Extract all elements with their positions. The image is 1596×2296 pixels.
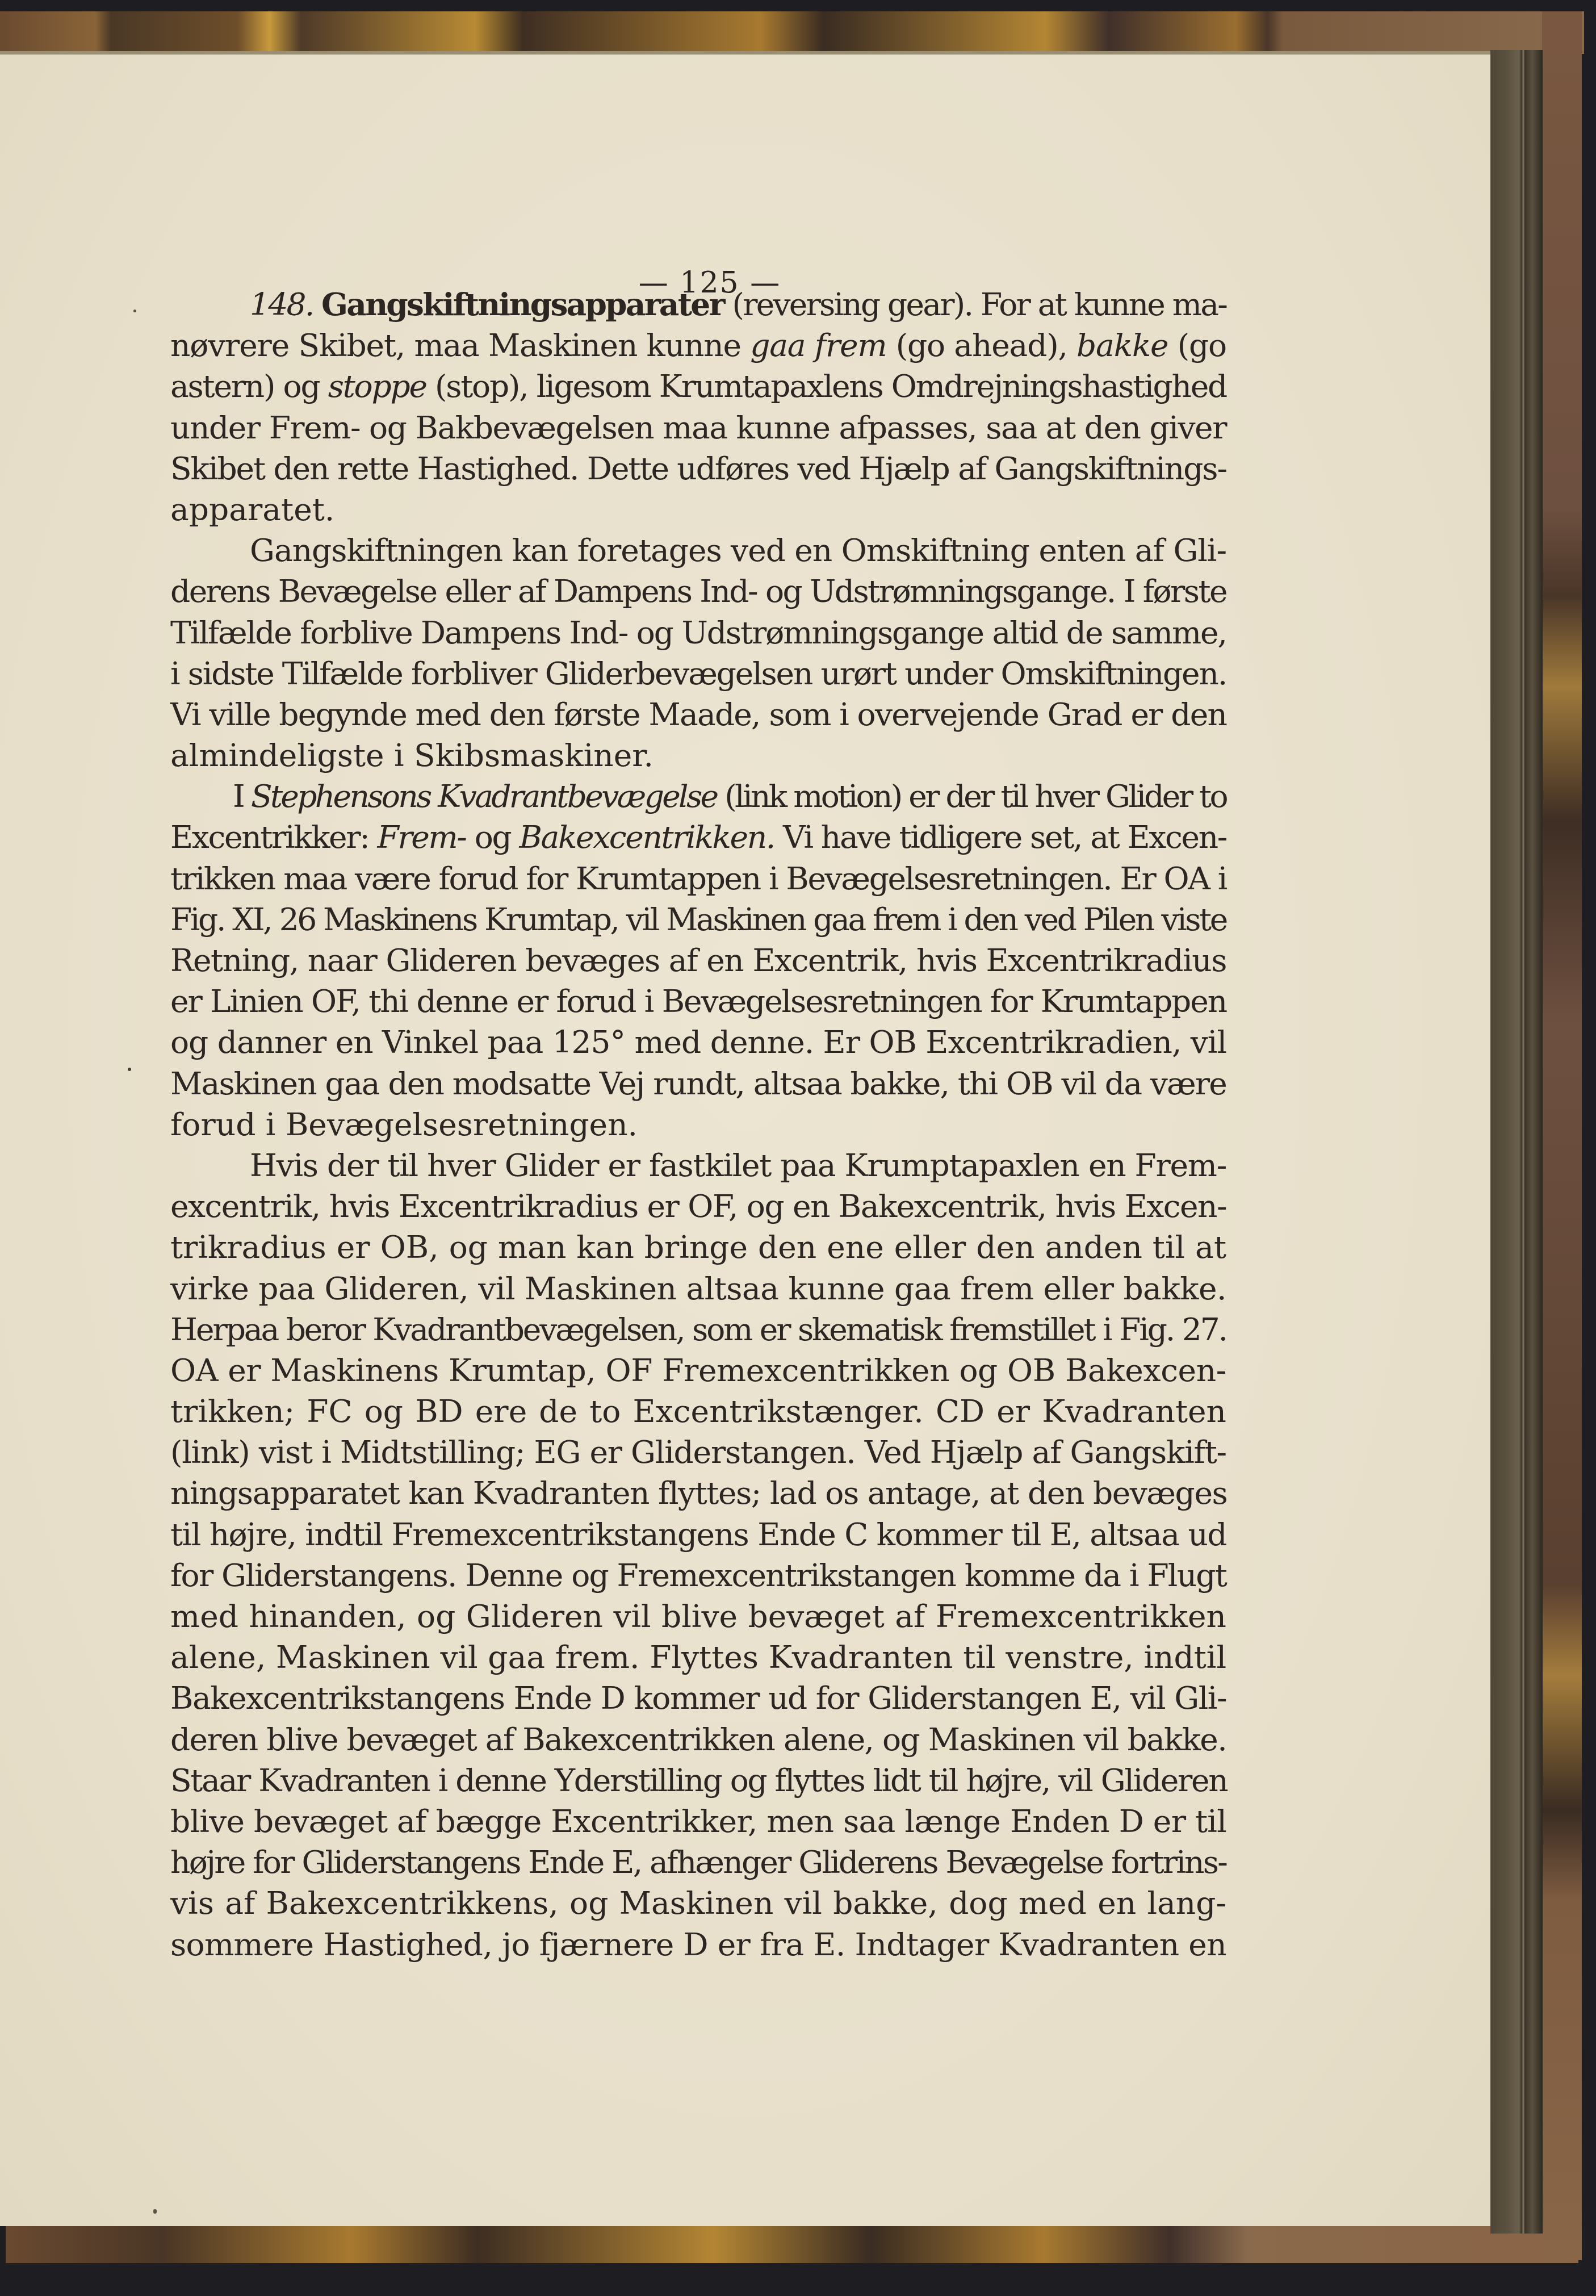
text-line: 148. Gangskiftningsapparater (reversing …	[170, 284, 1226, 325]
section-title: Gangskiftningsapparater	[321, 286, 724, 323]
text-line: Fig. XI, 26 Maskinens Krumtap, vil Maski…	[170, 899, 1226, 940]
text-line: excentrik, hvis Excentrikradius er OF, o…	[170, 1186, 1226, 1227]
text-line: højre for Gliderstangens Ende E, afhænge…	[170, 1842, 1226, 1883]
text-line: trikken; FC og BD ere de to Excentrikstæ…	[170, 1391, 1226, 1432]
text-span: For at kunne ma-	[981, 286, 1226, 323]
text-span: (go	[1168, 327, 1226, 363]
text-line: Herpaa beror Kvadrantbevægelsen, som er …	[170, 1309, 1226, 1350]
text-line: trikken maa være forud for Krumtappen i …	[170, 858, 1226, 899]
text-span: Vi have tidligere set, at Excen-	[774, 819, 1226, 855]
text-line: Retning, naar Glideren bevæges af en Exc…	[170, 940, 1226, 981]
book-cover-right-edge	[1542, 11, 1582, 2260]
paragraph-2: Gangskiftningen kan foretages ved en Oms…	[170, 530, 1226, 776]
text-line: Staar Kvadranten i denne Yderstilling og…	[170, 1760, 1226, 1801]
text-line: ningsapparatet kan Kvadranten flyttes; l…	[170, 1473, 1226, 1513]
text-line: forud i Bevægelsesretningen.	[170, 1104, 1226, 1145]
text-line: nøvrere Skibet, maa Maskinen kunne gaa f…	[170, 325, 1226, 366]
text-line: astern) og stoppe (stop), ligesom Krumta…	[170, 366, 1226, 407]
text-line: OA er Maskinens Krumtap, OF Fremexcentri…	[170, 1350, 1226, 1391]
text-line: I Stephensons Kvadrantbevægelse (link mo…	[170, 776, 1226, 817]
italic-term: gaa frem	[750, 327, 886, 363]
margin-speck	[133, 310, 136, 312]
text-line: i sidste Tilfælde forbliver Gliderbevæge…	[170, 653, 1226, 694]
text-span: (link motion) er der til hver Glider to	[717, 778, 1226, 814]
text-line: derens Bevægelse eller af Dampens Ind- o…	[170, 571, 1226, 612]
text-line: er Linien OF, thi denne er forud i Bevæg…	[170, 981, 1226, 1022]
text-line: virke paa Glideren, vil Maskinen altsaa …	[170, 1268, 1226, 1309]
text-line: sommere Hastighed, jo fjærnere D er fra …	[170, 1924, 1226, 1965]
book-cover-top-edge	[0, 11, 1584, 54]
text-line: og danner en Vinkel paa 125° med denne. …	[170, 1022, 1226, 1063]
page-stack-edges	[1490, 50, 1543, 2234]
margin-speck	[128, 1068, 131, 1071]
text-span: astern) og	[170, 368, 328, 404]
text-line: Skibet den rette Hastighed. Dette udføre…	[170, 448, 1226, 489]
paragraph-4: Hvis der til hver Glider er fastkilet pa…	[170, 1145, 1226, 1965]
text-span: (go ahead),	[886, 327, 1076, 363]
text-line: for Gliderstangens. Denne og Fremexcentr…	[170, 1555, 1226, 1596]
section-number: 148.	[250, 286, 313, 323]
text-line: Excentrikker: Frem- og Bakexcentrikken. …	[170, 817, 1226, 858]
italic-term: Stephensons Kvadrantbevægelse	[251, 778, 717, 814]
italic-term: bakke	[1076, 327, 1168, 363]
italic-term: stoppe	[328, 368, 426, 404]
paragraph-3: I Stephensons Kvadrantbevægelse (link mo…	[170, 776, 1226, 1145]
text-span: Excentrikker:	[170, 819, 378, 855]
body-text: 148. Gangskiftningsapparater (reversing …	[170, 284, 1226, 1965]
margin-speck	[153, 2209, 157, 2214]
paragraph-1: 148. Gangskiftningsapparater (reversing …	[170, 284, 1226, 530]
text-line: Maskinen gaa den modsatte Vej rundt, alt…	[170, 1063, 1226, 1104]
text-line: trikradius er OB, og man kan bringe den …	[170, 1227, 1226, 1268]
text-span: I	[233, 778, 251, 814]
book-cover-bottom-edge	[6, 2223, 1578, 2263]
text-line: under Frem- og Bakbevægelsen maa kunne a…	[170, 407, 1226, 448]
text-line: Gangskiftningen kan foretages ved en Oms…	[170, 530, 1226, 571]
text-line: vis af Bakexcentrikkens, og Maskinen vil…	[170, 1883, 1226, 1923]
text-line: Tilfælde forblive Dampens Ind- og Udstrø…	[170, 612, 1226, 653]
text-span: og	[466, 819, 520, 855]
text-line: Hvis der til hver Glider er fastkilet pa…	[170, 1145, 1226, 1186]
text-span: (stop), ligesom Krumtapaxlens Omdrejning…	[426, 368, 1226, 404]
italic-term: Frem-	[378, 819, 466, 855]
text-line: alene, Maskinen vil gaa frem. Flyttes Kv…	[170, 1637, 1226, 1678]
text-line: til højre, indtil Fremexcentrikstangens …	[170, 1514, 1226, 1555]
text-line: apparatet.	[170, 489, 1226, 530]
text-span: nøvrere Skibet, maa Maskinen kunne	[170, 327, 750, 363]
section-subtitle: (reversing gear).	[732, 286, 972, 323]
text-line: (link) vist i Midtstilling; EG er Glider…	[170, 1432, 1226, 1473]
italic-term: Bakexcentrikken.	[520, 819, 774, 855]
text-line: blive bevæget af bægge Excentrikker, men…	[170, 1801, 1226, 1842]
text-line: Vi ville begynde med den første Maade, s…	[170, 694, 1226, 735]
text-line: Bakexcentrikstangens Ende D kommer ud fo…	[170, 1678, 1226, 1718]
text-line: deren blive bevæget af Bakexcentrikken a…	[170, 1719, 1226, 1760]
text-line: almindeligste i Skibsmaskiner.	[170, 735, 1226, 776]
text-line: med hinanden, og Glideren vil blive bevæ…	[170, 1596, 1226, 1637]
